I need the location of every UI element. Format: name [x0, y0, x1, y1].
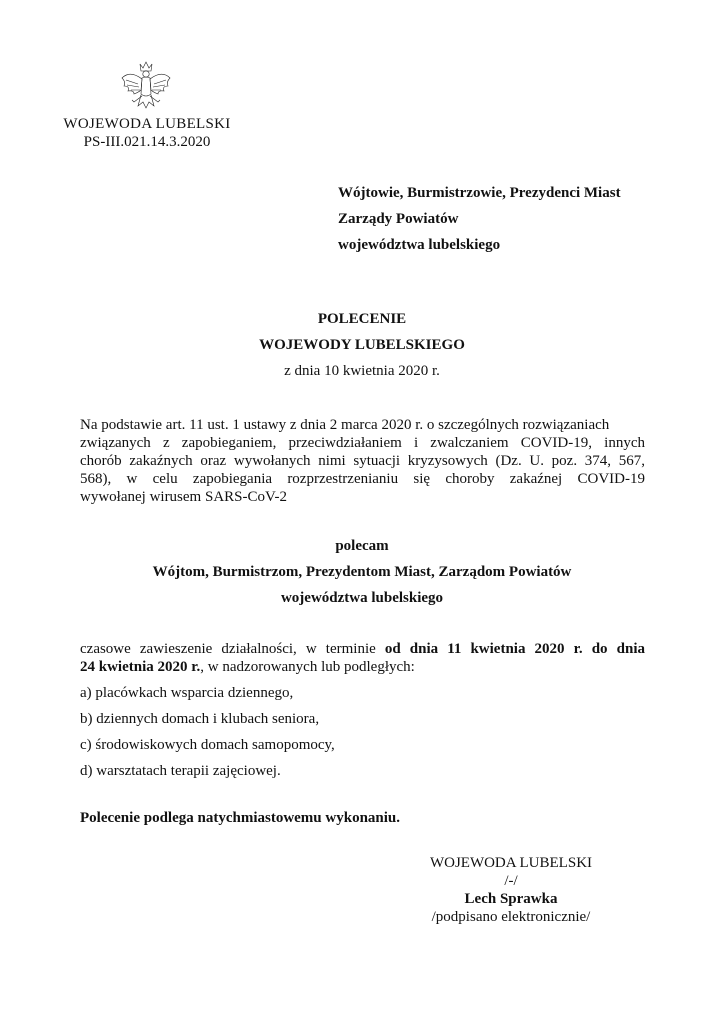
document-date: z dnia 10 kwietnia 2020 r.	[0, 363, 724, 380]
list-item: a) placówkach wsparcia dziennego,	[80, 685, 293, 702]
legal-basis-line: związanych z zapobieganiem, przeciwdział…	[80, 434, 645, 452]
reference-number: PS-III.021.14.3.2020	[62, 134, 232, 151]
signature-mark: /-/	[400, 873, 622, 890]
signature-note: /podpisano elektronicznie/	[400, 909, 622, 926]
legal-basis-line: Na podstawie art. 11 ust. 1 ustawy z dni…	[80, 416, 645, 434]
signature-title: WOJEWODA LUBELSKI	[400, 855, 622, 872]
legal-basis-line: 568), w celu zapobiegania rozprzestrzeni…	[80, 470, 645, 488]
order-line: czasowe zawieszenie działalności, w term…	[80, 640, 645, 658]
list-item: c) środowiskowych domach samopomocy,	[80, 737, 335, 754]
legal-basis-line: chorób zakaźnych oraz wywołanych nimi sy…	[80, 452, 645, 470]
addressee-line: województwa lubelskiego	[338, 237, 500, 254]
order-line: 24 kwietnia 2020 r., w nadzorowanych lub…	[80, 658, 645, 676]
suspension-start-date: od dnia 11 kwietnia 2020 r. do dnia	[385, 641, 645, 657]
addressee-line: Zarządy Powiatów	[338, 211, 458, 228]
list-item: d) warsztatach terapii zajęciowej.	[80, 763, 281, 780]
command-region: województwa lubelskiego	[0, 590, 724, 607]
command-recipients: Wójtom, Burmistrzom, Prezydentom Miast, …	[0, 564, 724, 581]
list-item: b) dziennych domach i klubach seniora,	[80, 711, 319, 728]
document-title: POLECENIE	[0, 311, 724, 328]
polish-eagle-emblem-icon	[118, 60, 174, 120]
closing-statement: Polecenie podlega natychmiastowemu wykon…	[80, 810, 400, 827]
document-subtitle: WOJEWODY LUBELSKIEGO	[0, 337, 724, 354]
command-verb: polecam	[0, 538, 724, 555]
signatory-name: Lech Sprawka	[400, 891, 622, 908]
issuer-header: WOJEWODA LUBELSKI	[62, 116, 232, 133]
suspension-end-date: 24 kwietnia 2020 r.	[80, 659, 200, 675]
legal-basis-line: wywołanej wirusem SARS-CoV-2	[80, 488, 645, 506]
addressee-line: Wójtowie, Burmistrzowie, Prezydenci Mias…	[338, 185, 621, 202]
